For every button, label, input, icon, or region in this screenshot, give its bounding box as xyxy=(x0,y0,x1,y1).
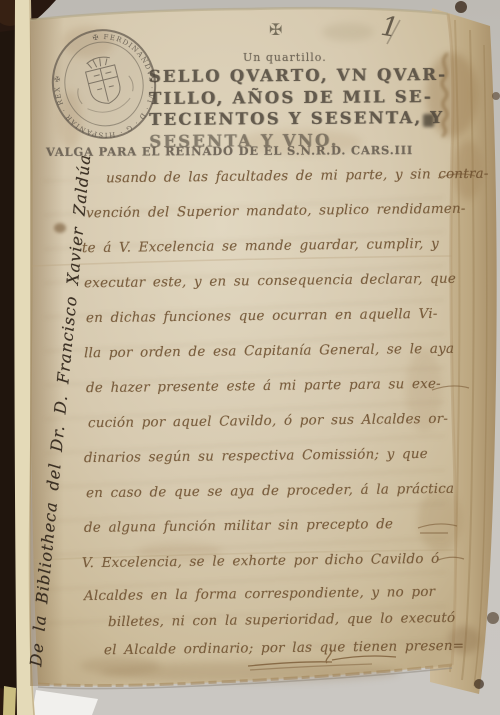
seal-text-line: TILLO, AÑOS DE MIL SE- xyxy=(149,85,448,109)
seal-text-line: SELLO QVARTO, VN QVAR- xyxy=(149,64,448,88)
seal-text-line: TECIENTOS Y SESENTA, Y xyxy=(149,107,448,131)
cross-mark: ✠ xyxy=(269,20,282,39)
under-leaf-corner xyxy=(32,690,98,715)
manuscript-photo: ✠ FERDINANDVS · VI · D · G · HISPANIAR ·… xyxy=(0,0,500,715)
seal-text-block: SELLO QVARTO, VN QVAR- TILLO, AÑOS DE MI… xyxy=(149,64,448,152)
quartillo-line: Un quartillo. xyxy=(243,51,327,64)
